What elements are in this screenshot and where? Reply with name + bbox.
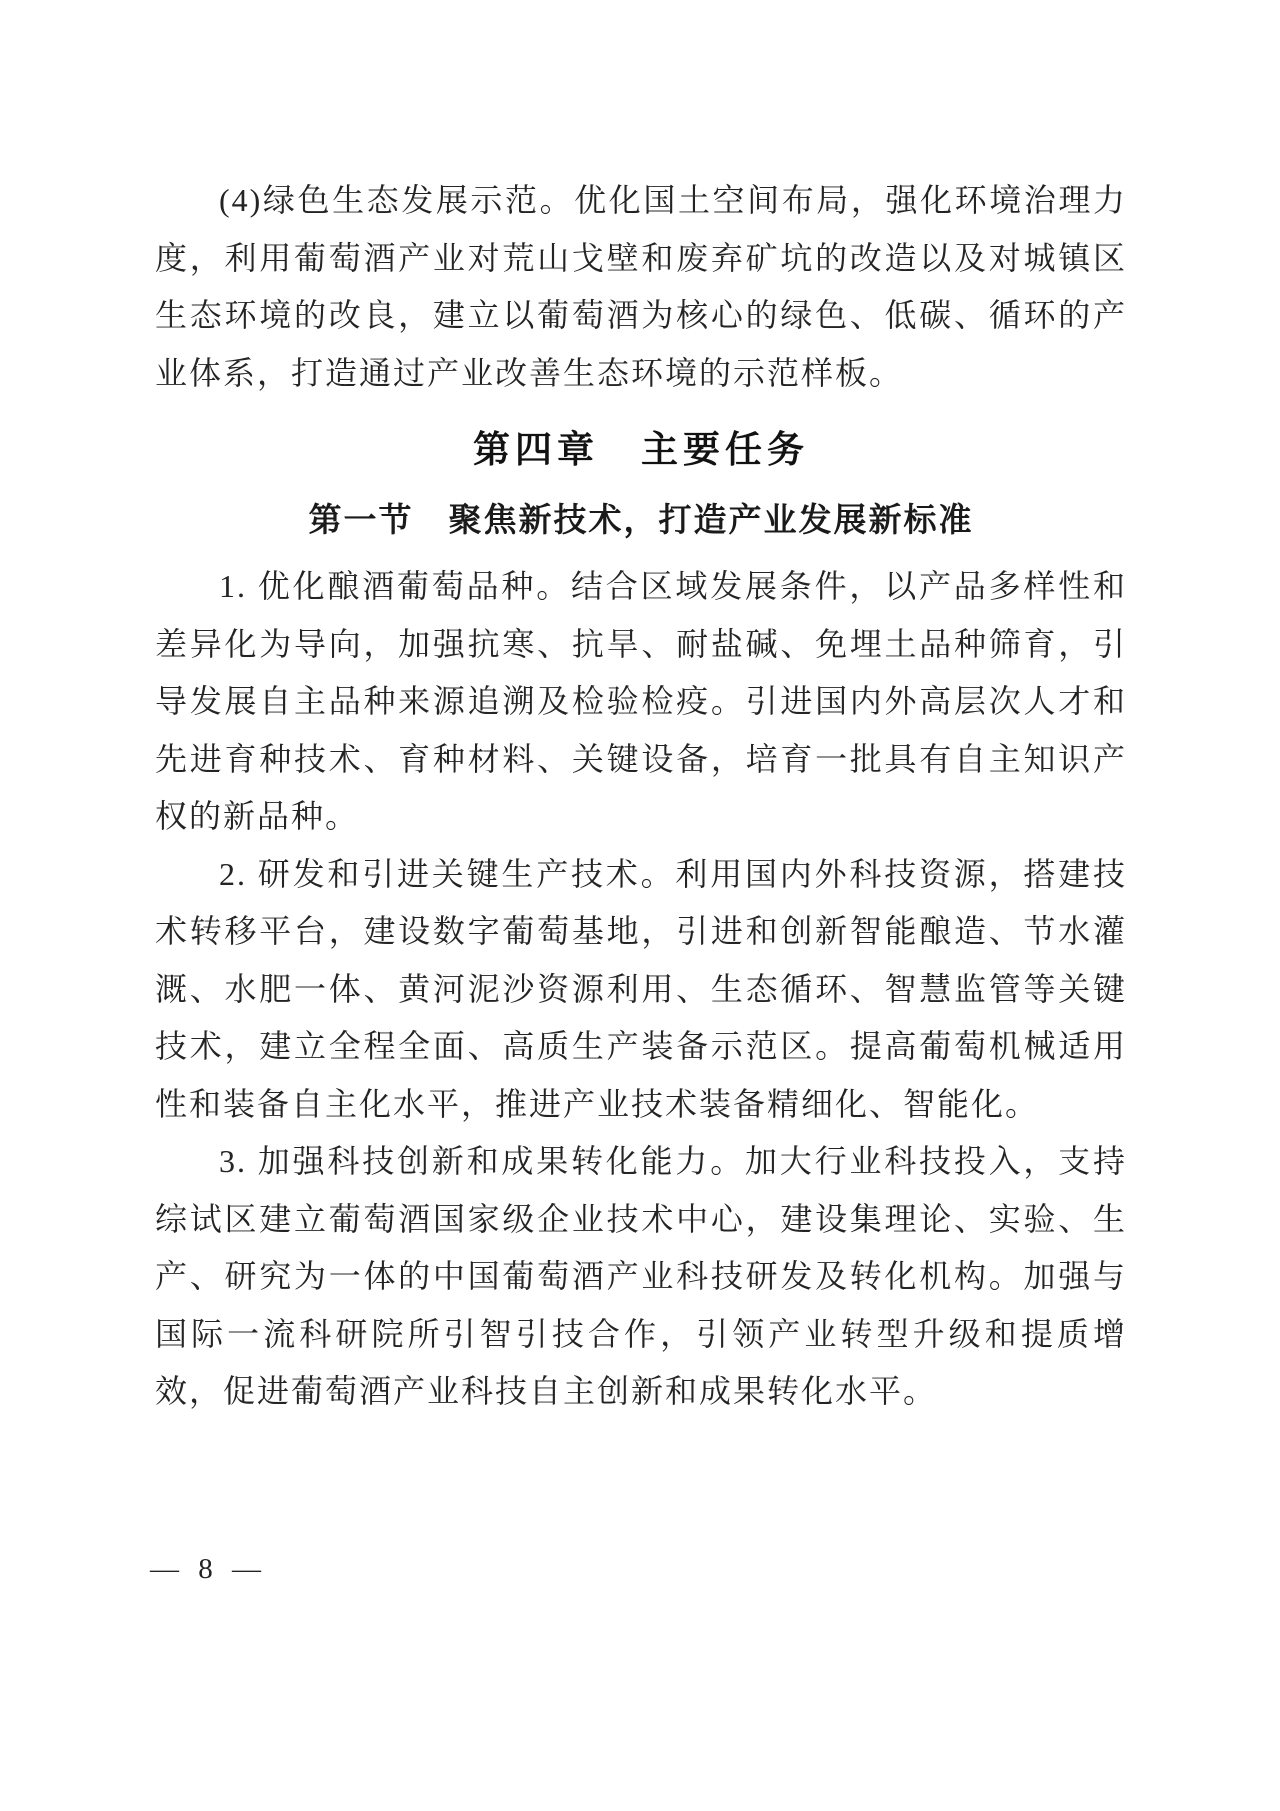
task-paragraph-1: 1. 优化酿酒葡萄品种。结合区域发展条件，以产品多样性和差异化为导向，加强抗寒、… [155, 558, 1127, 846]
task-paragraph-3: 3. 加强科技创新和成果转化能力。加大行业科技投入，支持综试区建立葡萄酒国家级企… [155, 1133, 1127, 1421]
paragraph-green-eco-demo: (4)绿色生态发展示范。优化国土空间布局，强化环境治理力度，利用葡萄酒产业对荒山… [155, 172, 1127, 402]
page-number: — 8 — [150, 1553, 267, 1585]
section-heading: 第一节 聚焦新技术，打造产业发展新标准 [155, 492, 1127, 550]
task-paragraph-2: 2. 研发和引进关键生产技术。利用国内外科技资源，搭建技术转移平台，建设数字葡萄… [155, 846, 1127, 1134]
chapter-heading: 第四章 主要任务 [155, 420, 1127, 480]
document-page: (4)绿色生态发展示范。优化国土空间布局，强化环境治理力度，利用葡萄酒产业对荒山… [0, 0, 1280, 1811]
page-footer: — 8 — [150, 1552, 267, 1586]
text-column: (4)绿色生态发展示范。优化国土空间布局，强化环境治理力度，利用葡萄酒产业对荒山… [155, 172, 1127, 1421]
